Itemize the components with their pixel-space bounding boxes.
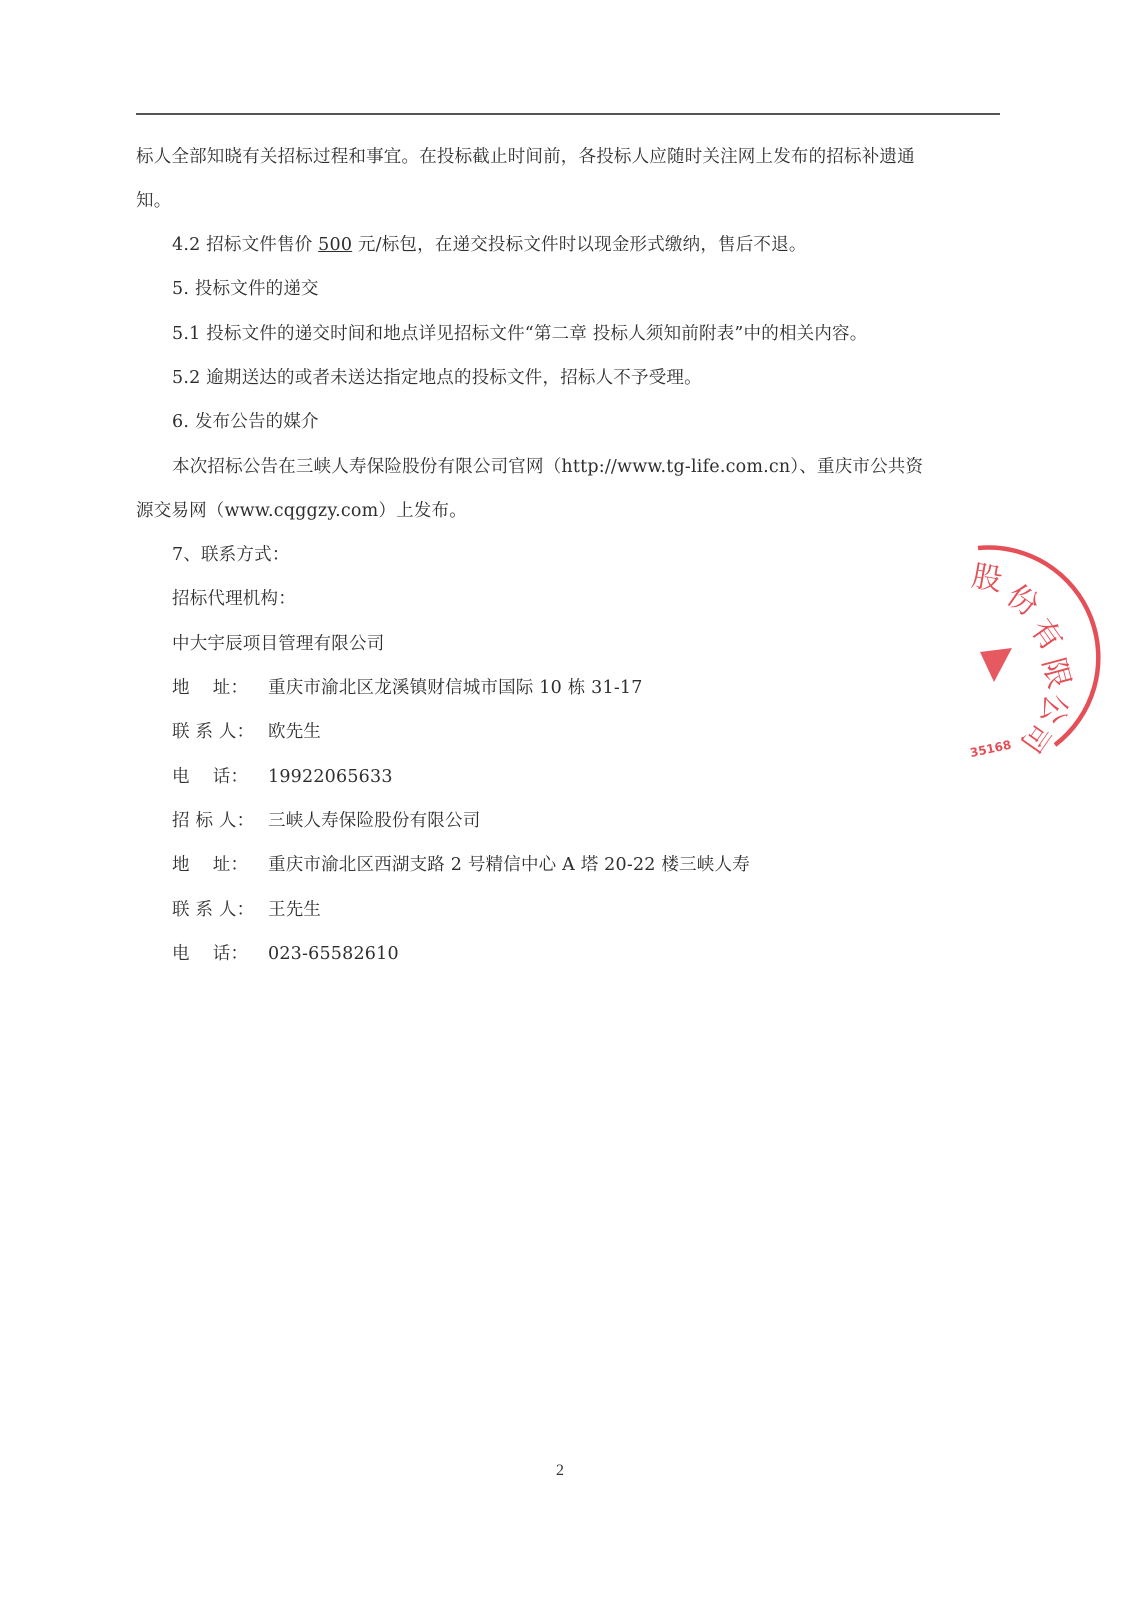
agency-contact: 欧先生 [268,722,321,742]
section-4-2-suffix: 元/标包，在递交投标文件时以现金形式缴纳，售后不退。 [352,235,806,255]
tenderer-address-row: 地 址：重庆市渝北区西湖支路 2 号精信中心 A 塔 20-22 楼三峡人寿 [172,853,750,877]
seal-stamp-icon: 股 份 有 限 公 司 35168 [960,540,1131,770]
agency-address: 重庆市渝北区龙溪镇财信城市国际 10 栋 31-17 [268,678,643,698]
svg-text:份: 份 [1000,578,1045,624]
section-5-2: 5.2 逾期送达的或者未送达指定地点的投标文件，招标人不予受理。 [172,366,702,390]
tenderer-address: 重庆市渝北区西湖支路 2 号精信中心 A 塔 20-22 楼三峡人寿 [268,855,750,875]
tenderer-phone-row: 电 话：023-65582610 [172,942,399,966]
agency-phone-row: 电 话：19922065633 [172,765,393,789]
document-page: 标人全部知晓有关招标过程和事宜。在投标截止时间前，各投标人应随时关注网上发布的招… [0,0,1131,1600]
section-6-heading: 6. 发布公告的媒介 [172,410,319,434]
section-5-1: 5.1 投标文件的递交时间和地点详见招标文件“第二章 投标人须知前附表”中的相关… [172,322,867,346]
section-4-2-prefix: 4.2 招标文件售价 [172,235,318,255]
continued-paragraph-line-2: 知。 [136,189,171,213]
document-price: 500 [318,235,352,255]
agency-name: 中大宇辰项目管理有限公司 [172,632,384,656]
tenderer-name: 三峡人寿保险股份有限公司 [268,811,480,831]
tenderer-name-row: 招 标 人：三峡人寿保险股份有限公司 [172,809,480,833]
header-rule [136,113,1000,115]
agency-address-row: 地 址：重庆市渝北区龙溪镇财信城市国际 10 栋 31-17 [172,676,643,700]
agency-phone-label: 电 话： [172,765,268,789]
continued-paragraph-line-1: 标人全部知晓有关招标过程和事宜。在投标截止时间前，各投标人应随时关注网上发布的招… [136,145,915,169]
section-4-2: 4.2 招标文件售价 500 元/标包，在递交投标文件时以现金形式缴纳，售后不退… [172,233,807,257]
agency-contact-label: 联 系 人： [172,720,268,744]
agency-address-label: 地 址： [172,676,268,700]
svg-text:限: 限 [1035,654,1077,692]
agency-contact-row: 联 系 人：欧先生 [172,720,321,744]
section-5-heading: 5. 投标文件的递交 [172,277,319,301]
section-6-line-1: 本次招标公告在三峡人寿保险股份有限公司官网（http://www.tg-life… [172,455,923,479]
page-number: 2 [556,1462,564,1480]
tenderer-phone: 023-65582610 [268,944,399,964]
tenderer-contact: 王先生 [268,900,321,920]
agency-title: 招标代理机构： [172,587,296,611]
tenderer-phone-label: 电 话： [172,942,268,966]
svg-text:公: 公 [1033,691,1073,727]
section-7-heading: 7、联系方式： [172,543,290,567]
svg-text:35168: 35168 [969,738,1013,760]
tenderer-contact-row: 联 系 人：王先生 [172,898,321,922]
tenderer-address-label: 地 址： [172,853,268,877]
svg-text:有: 有 [1023,613,1069,658]
svg-text:股: 股 [969,559,1005,599]
section-6-line-2: 源交易网（www.cqggzy.com）上发布。 [136,499,467,523]
company-seal: 股 份 有 限 公 司 35168 [960,540,1131,770]
tenderer-contact-label: 联 系 人： [172,898,268,922]
agency-phone: 19922065633 [268,767,393,787]
tenderer-name-label: 招 标 人： [172,809,268,833]
